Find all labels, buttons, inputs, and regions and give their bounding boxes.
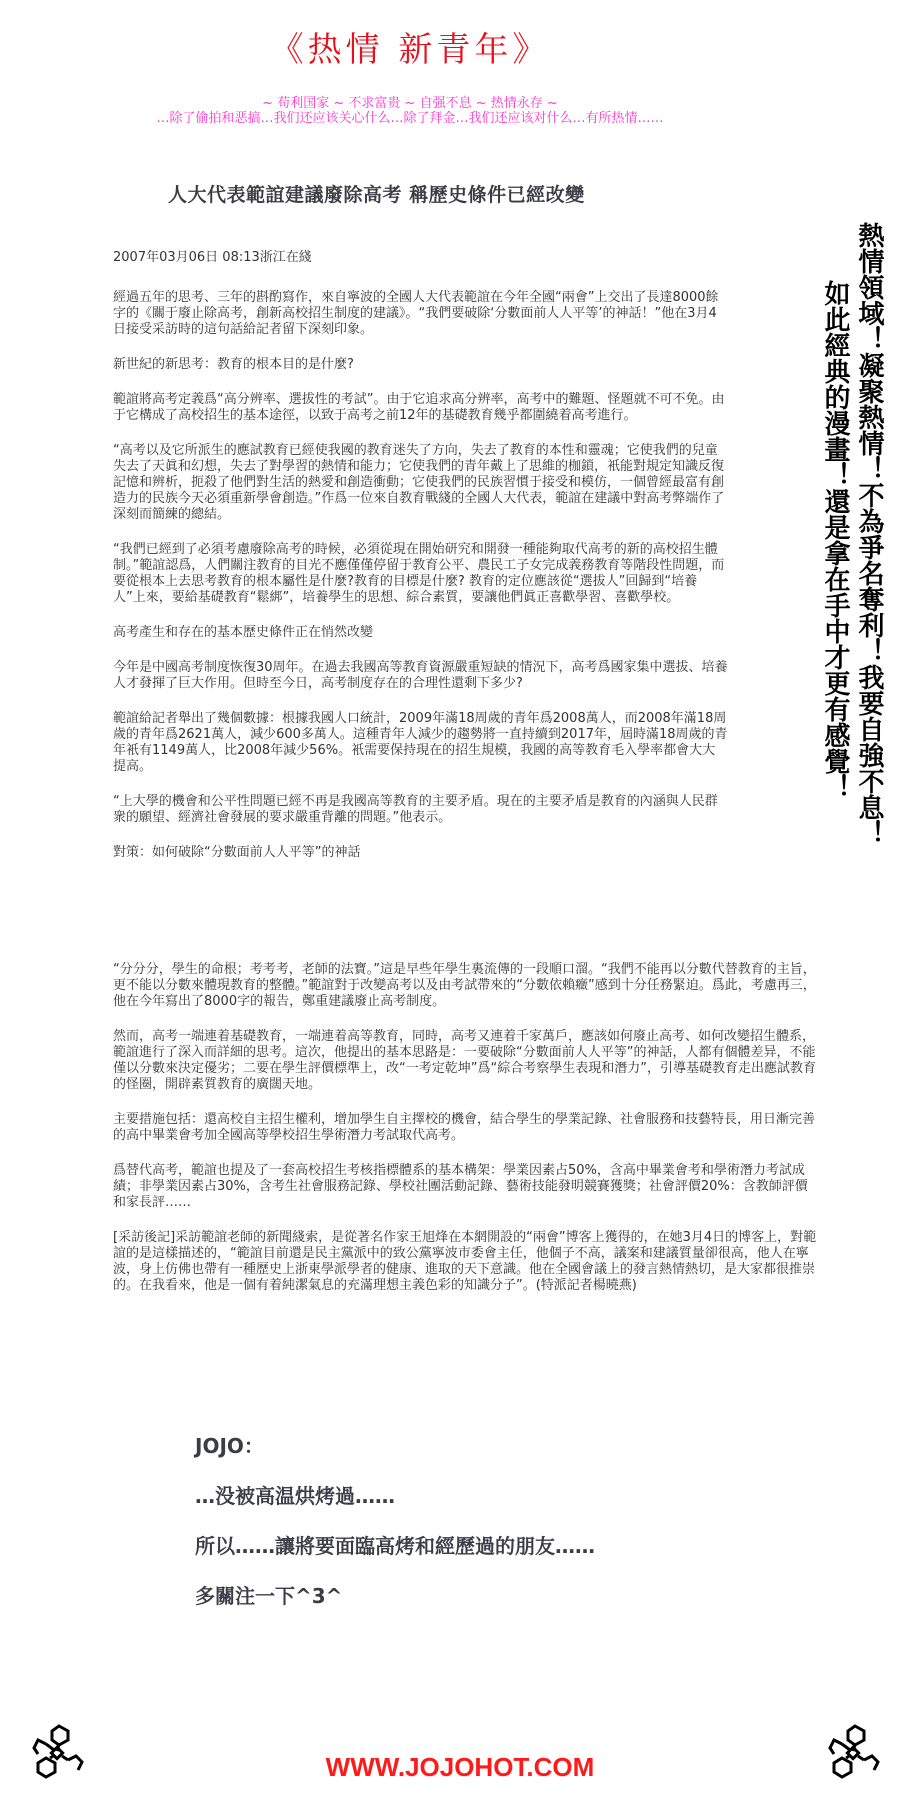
banner-title: 《热情 新青年》	[0, 22, 820, 71]
comment-line: …没被高温烘烤過……	[195, 1480, 595, 1506]
article-paragraph: 經過五年的思考、三年的斟酌寫作，來自寧波的全國人大代表範誼在今年全國“兩會”上交…	[113, 290, 728, 338]
article-paragraph: 然而，高考一端連着基礎教育，一端連着高等教育，同時，高考又連着千家萬戶，應該如何…	[113, 1029, 818, 1093]
article-subheading: 高考產生和存在的基本歷史條件正在悄然改變	[113, 625, 728, 641]
article-paragraph: “我們已經到了必須考慮廢除高考的時候，必須從現在開始研究和開發一種能夠取代高考的…	[113, 542, 728, 606]
article-dateline: 2007年03月06日 08:13浙江在綫	[113, 246, 312, 265]
article-paragraph: “高考以及它所派生的應試教育已經使我國的教育迷失了方向，失去了教育的本性和靈魂；…	[113, 443, 728, 523]
article-postscript: [采訪後記]采訪範誼老師的新聞綫索，是從著名作家王旭烽在本網開設的“兩會”博客上…	[113, 1230, 818, 1294]
article-subheading: 新世紀的新思考：教育的根本目的是什麼?	[113, 357, 728, 373]
molecule-ornament-icon	[820, 1718, 890, 1788]
article-body-wide: “分分分，學生的命根；考考考，老師的法寶。”這是早些年學生裏流傳的一段順口溜。“…	[113, 962, 818, 1313]
article-paragraph: 範誼給記者舉出了幾個數據：根據我國人口統計，2009年滿18周歲的青年爲2008…	[113, 711, 728, 775]
comment-line: 多關注一下^3^	[195, 1580, 595, 1606]
banner-tagline-2: …除了偷拍和恶搞…我们还应该关心什么…除了拜金…我们还应该对什么…有所热情……	[0, 107, 820, 126]
footer-url[interactable]: WWW.JOJOHOT.COM	[0, 1752, 920, 1783]
article-paragraph: 範誼將高考定義爲“高分辨率、選拔性的考試”。由于它追求高分辨率，高考中的難題、怪…	[113, 392, 728, 424]
article-headline: 人大代表範誼建議廢除高考 稱歷史條件已經改變	[168, 180, 585, 207]
comment-line: 所以……讓將要面臨高烤和經歷過的朋友……	[195, 1530, 595, 1556]
article-body: 經過五年的思考、三年的斟酌寫作，來自寧波的全國人大代表範誼在今年全國“兩會”上交…	[113, 290, 728, 880]
article-paragraph: 爲替代高考，範誼也提及了一套高校招生考核指標體系的基本構架：學業因素占50%，含…	[113, 1163, 818, 1211]
comment-author: JOJO：	[195, 1430, 595, 1456]
article-subheading: 對策：如何破除“分數面前人人平等”的神話	[113, 845, 728, 861]
article-paragraph: “上大學的機會和公平性問題已經不再是我國高等教育的主要矛盾。現在的主要矛盾是教育…	[113, 794, 728, 826]
side-slogan: 熱情領域！凝聚熱情！不為爭名奪利！我要自強不息！ 如此經典的漫畫！還是拿在手中才…	[820, 224, 884, 846]
article-paragraph: 主要措施包括：還高校自主招生權利，增加學生自主擇校的機會，結合學生的學業記錄、社…	[113, 1112, 818, 1144]
article-paragraph: 今年是中國高考制度恢復30周年。在過去我國高等教育資源嚴重短缺的情況下，高考爲國…	[113, 660, 728, 692]
slogan-column-left: 熱情領域！凝聚熱情！不為爭名奪利！我要自強不息！	[854, 222, 884, 846]
jojo-comment: JOJO： …没被高温烘烤過…… 所以……讓將要面臨高烤和經歷過的朋友…… 多關…	[195, 1430, 595, 1630]
slogan-column-right: 如此經典的漫畫！還是拿在手中才更有感覺！	[820, 280, 850, 846]
article-paragraph: “分分分，學生的命根；考考考，老師的法寶。”這是早些年學生裏流傳的一段順口溜。“…	[113, 962, 818, 1010]
